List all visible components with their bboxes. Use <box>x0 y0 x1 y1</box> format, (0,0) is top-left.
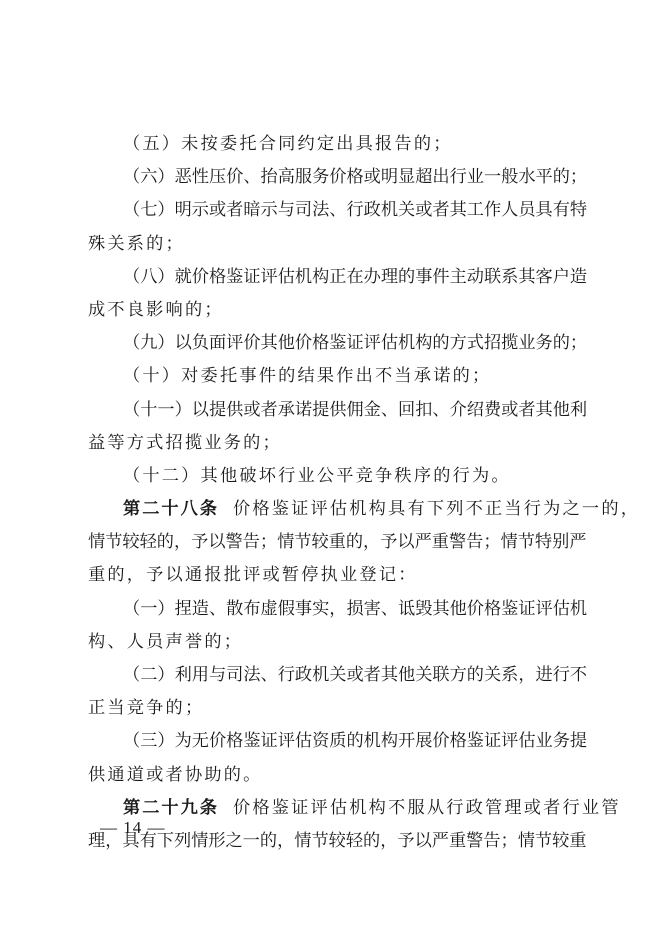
article-29-lead-text: 价格鉴证评估机构不服从行政管理或者行业管 <box>233 798 621 818</box>
document-page: （五）未按委托合同约定出具报告的； （六）恶性压价、抬高服务价格或明显超出行业一… <box>88 128 574 858</box>
clause-8-line-2: 成不良影响的； <box>88 294 574 327</box>
article-28-first-line: 第二十八条价格鉴证评估机构具有下列不正当行为之一的， <box>88 493 574 526</box>
article-28-heading: 第二十八条 <box>123 499 219 519</box>
clause-10: （十）对委托事件的结果作出不当承诺的； <box>88 360 574 393</box>
clause-6: （六）恶性压价、抬高服务价格或明显超出行业一般水平的； <box>88 161 574 194</box>
article-29-heading: 第二十九条 <box>123 798 219 818</box>
clause-12: （十二）其他破坏行业公平竞争秩序的行为。 <box>88 460 574 493</box>
article-28-clause-2-line-1: （二）利用与司法、行政机关或者其他关联方的关系，进行不 <box>88 659 574 692</box>
article-28-line-3: 重的，予以通报批评或暂停执业登记： <box>88 559 574 592</box>
clause-8-line-1: （八）就价格鉴证评估机构正在办理的事件主动联系其客户造 <box>88 261 574 294</box>
clause-7-line-2: 殊关系的； <box>88 228 574 261</box>
page-number: — 14 — <box>100 818 166 838</box>
article-28-clause-3-line-2: 供通道或者协助的。 <box>88 759 574 792</box>
clause-11-line-1: （十一）以提供或者承诺提供佣金、回扣、介绍费或者其他利 <box>88 394 574 427</box>
clause-11-line-2: 益等方式招揽业务的； <box>88 427 574 460</box>
article-28-clause-3-line-1: （三）为无价格鉴证评估资质的机构开展价格鉴证评估业务提 <box>88 725 574 758</box>
article-28-line-2: 情节较轻的，予以警告；情节较重的，予以严重警告；情节特别严 <box>88 526 574 559</box>
article-28-clause-1-line-1: （一）捏造、散布虚假事实，损害、诋毁其他价格鉴证评估机 <box>88 593 574 626</box>
article-28-lead-text: 价格鉴证评估机构具有下列不正当行为之一的， <box>233 499 640 519</box>
clause-9: （九）以负面评价其他价格鉴证评估机构的方式招揽业务的； <box>88 327 574 360</box>
clause-7-line-1: （七）明示或者暗示与司法、行政机关或者其工作人员具有特 <box>88 194 574 227</box>
article-28-clause-2-line-2: 正当竞争的； <box>88 692 574 725</box>
clause-5: （五）未按委托合同约定出具报告的； <box>88 128 574 161</box>
article-28-clause-1-line-2: 构、人员声誉的； <box>88 626 574 659</box>
